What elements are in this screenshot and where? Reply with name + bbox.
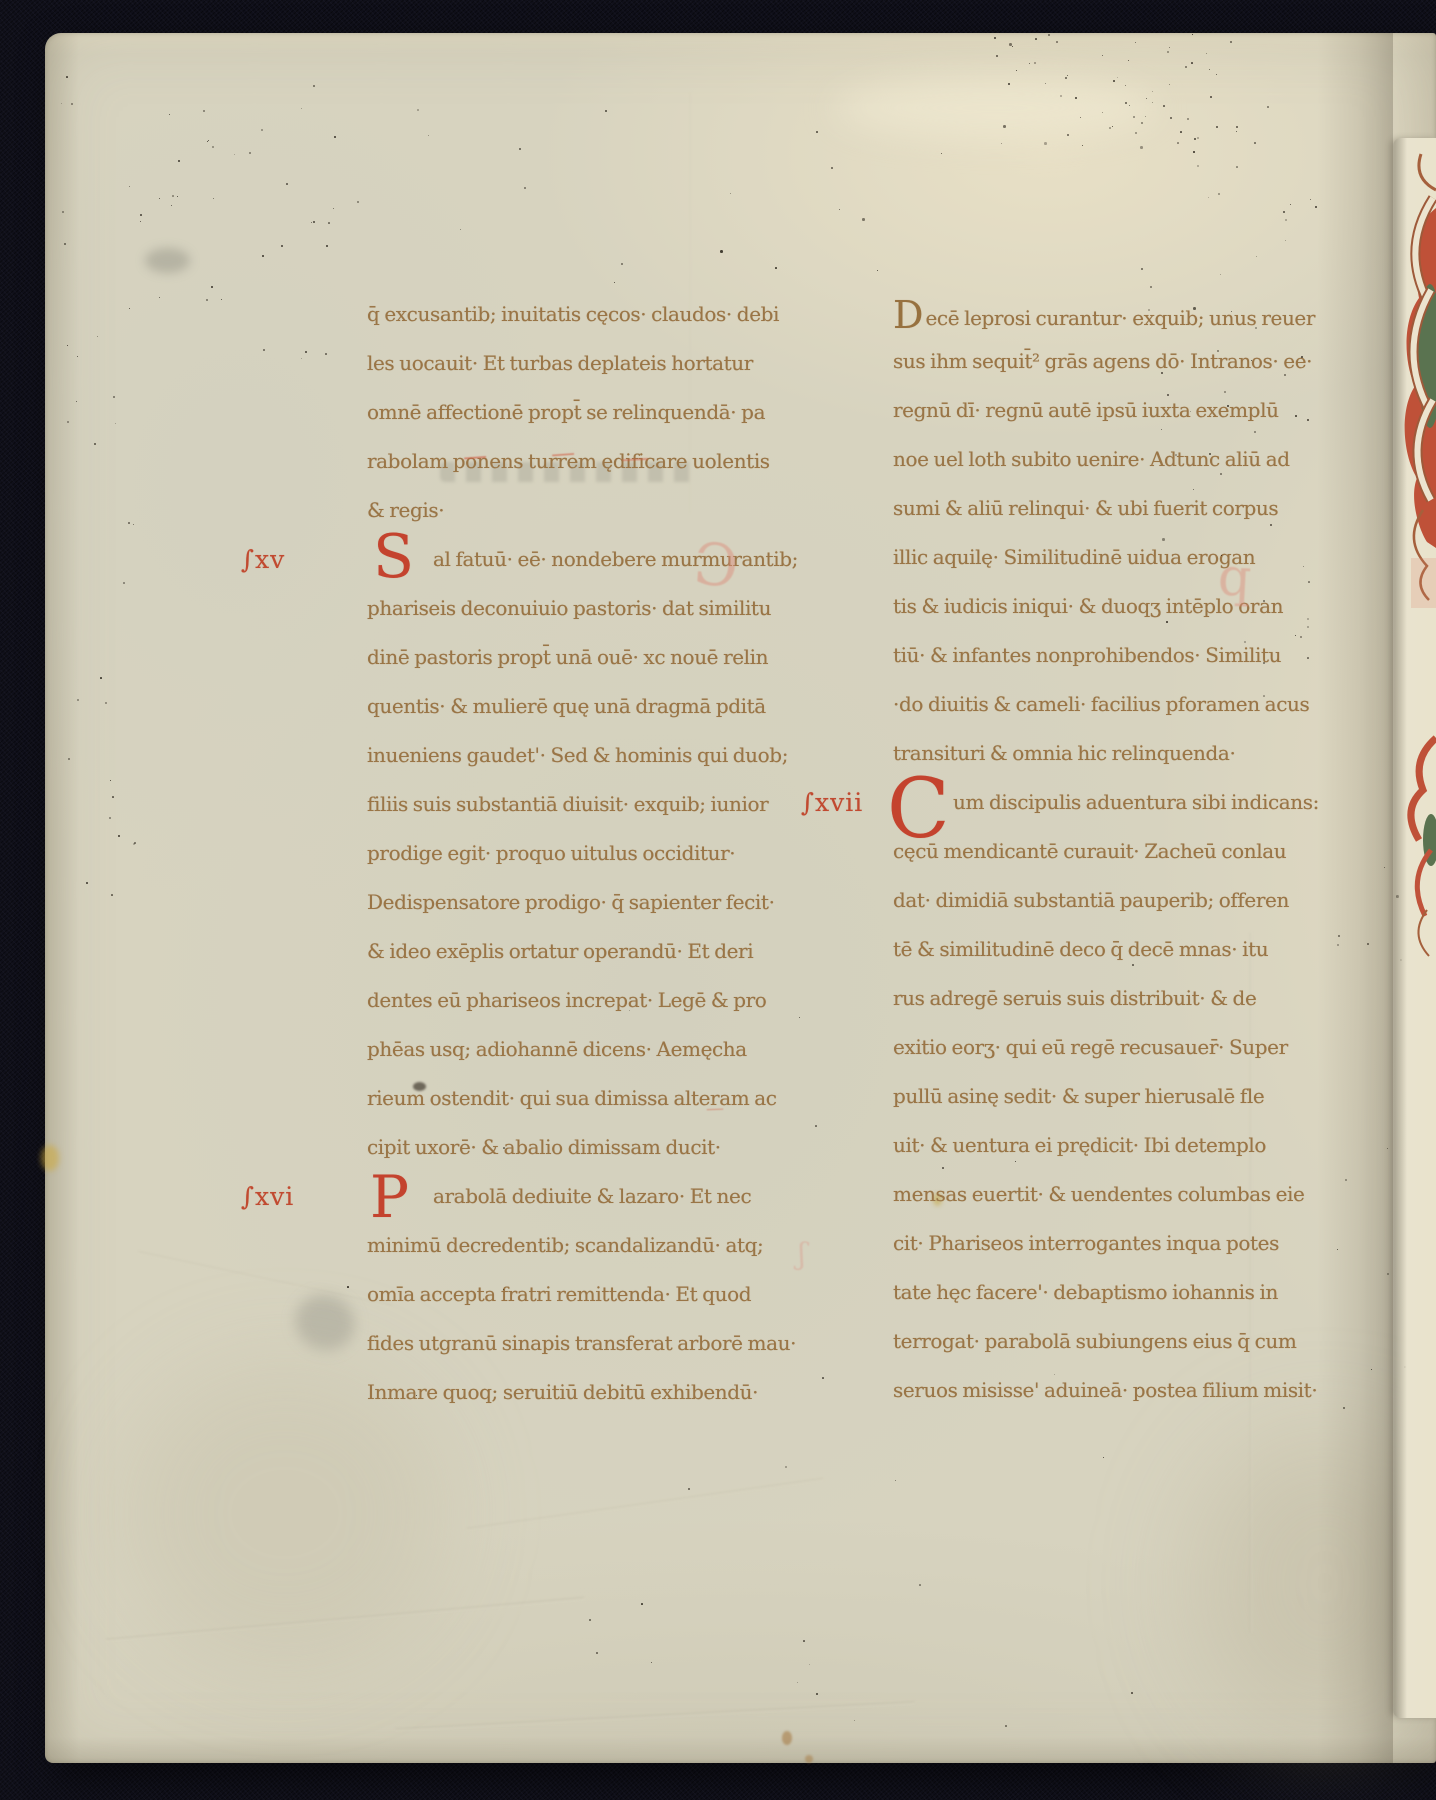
speck [105,702,107,704]
manuscript-line: regnū dī· regnū autē ipsū iuxta exemplū [893,386,1343,435]
speck [1135,132,1137,134]
speck [1209,453,1211,455]
speck [809,1664,810,1665]
line-text: noe uel loth subito uenire· Adtunc aliū … [893,447,1290,471]
speck [286,183,288,185]
speck [234,154,235,155]
speck [816,1693,818,1695]
speck [86,882,88,884]
speck [347,1286,349,1288]
chapter-numeral: ∫xvii [801,778,863,827]
rubric-dash-2: — [550,440,576,466]
crease [467,1478,824,1530]
speck [1193,307,1196,310]
speck [503,1147,505,1149]
speck [605,110,607,112]
speck [1254,142,1256,144]
speck [208,140,209,141]
rubric-initial: P [370,1168,409,1226]
speck [1210,96,1212,98]
rubric-dash-1: — [462,443,488,469]
show-through-q: q [1217,551,1253,605]
speck [1048,34,1050,36]
speck [325,353,327,355]
speck [1122,1249,1123,1250]
speck [129,308,130,309]
speck [1065,77,1067,79]
line-text: dat· dimidiā substantiā pauperib; offere… [893,888,1289,912]
speck [1170,117,1172,119]
speck [1135,42,1136,43]
text-column-left: q̄ excusantib; inuitatis cęcos· claudos·… [367,290,807,1417]
next-folio-edge [1393,138,1436,1718]
speck [206,299,208,301]
line-text: phariseis deconuiuio pastoris· dat simil… [367,596,771,620]
speck [333,208,334,209]
speck [177,196,178,197]
speck [1177,142,1179,144]
manuscript-line: ∫xviParabolā dediuite & lazaro· Et nec [367,1172,807,1221]
manuscript-line: phariseis deconuiuio pastoris· dat simil… [367,584,807,633]
speck [100,677,102,679]
speck [1256,256,1257,257]
speck [1082,145,1083,146]
speck [129,186,130,187]
ink-initial: D [893,293,923,337]
speck [326,245,328,247]
speck [115,423,116,424]
manuscript-line: minimū decredentib; scandalizandū· atq; [367,1221,807,1270]
speck [1197,165,1199,167]
speck [1067,134,1069,136]
speck [301,358,302,359]
line-text: minimū decredentib; scandalizandū· atq; [367,1233,763,1257]
speck [1128,60,1129,61]
manuscript-line: exitio eorʒ· qui eū regē recusauer̄· Sup… [893,1023,1343,1072]
line-text: tate hęc facere'· debaptismo iohannis in [893,1280,1278,1304]
speck [159,297,160,298]
manuscript-line: tē & similitudinē deco q̄ decē mnas· itu [893,925,1343,974]
speck [1146,98,1147,99]
speck [1221,555,1222,556]
line-text: & ideo exēplis ortatur operandū· Et deri [367,939,753,963]
speck [1367,943,1369,945]
speck [1005,1725,1007,1727]
speck [1263,695,1265,697]
speck [524,187,526,189]
speck [1131,1692,1133,1694]
speck [1113,80,1115,82]
manuscript-line: prodige egit· proquo uitulus occiditur· [367,829,807,878]
manuscript-line: rieum ostendit· qui sua dimissa alteram … [367,1074,807,1123]
speck [207,141,208,142]
speck [1180,131,1182,133]
speck [1102,55,1103,56]
speck [460,229,461,230]
speck [1236,131,1237,132]
speck [1254,431,1256,433]
speck [1206,53,1207,54]
speck [1112,126,1113,127]
speck [66,76,68,78]
speck [519,148,521,150]
line-text: filiis suis substantiā diuisit· exquib; … [367,792,768,816]
speck [76,401,77,402]
speck [1295,415,1297,417]
speck [803,1640,805,1642]
show-through-initial: C [692,533,740,594]
speck [110,780,111,781]
line-text: omīa accepta fratri remittenda· Et quod [367,1282,751,1306]
manuscript-line: inueniens gaudet'· Sed & hominis qui duo… [367,731,807,780]
speck [1187,118,1189,120]
speck [1236,166,1238,168]
speck [1191,62,1193,64]
speck [629,1010,630,1011]
speck [822,1377,824,1379]
speck [112,796,114,798]
line-text: ·do diuitis & cameli· facilius pforamen … [893,692,1309,716]
speck [815,1125,817,1127]
manuscript-line: sus ihm sequit̄² grās agens dō· Intranos… [893,337,1343,386]
speck [641,1603,643,1605]
speck [816,131,818,133]
speck [281,245,283,247]
speck [1029,63,1030,64]
speck [62,211,64,213]
speck [1236,126,1238,128]
manuscript-line: omīa accepta fratri remittenda· Et quod [367,1270,807,1319]
speck [178,160,180,162]
manuscript-line: Decē leprosi curantur· exquib; unus reue… [893,288,1343,337]
speck [263,349,265,351]
speck [994,37,996,39]
speck [785,1466,787,1468]
speck [1035,38,1037,40]
speck [503,1289,504,1290]
speck [1310,199,1311,200]
manuscript-line: noe uel loth subito uenire· Adtunc aliū … [893,435,1343,484]
speck [97,336,98,337]
speck [1283,211,1285,213]
speck [1152,102,1153,103]
speck [775,267,777,269]
manuscript-line: Inmare quoq; seruitiū debitū exhibendū· [367,1368,807,1417]
line-text: dentes eū phariseos increpat· Legē & pro [367,988,766,1012]
speck [71,103,73,105]
decorated-initial-fragment [1393,138,1436,1718]
speck [133,524,134,525]
rust-fleck [805,1755,813,1763]
text-column-right: Decē leprosi curantur· exquib; unus reue… [893,288,1343,1415]
speck [1056,41,1058,43]
speck [621,263,623,265]
speck [1162,538,1165,541]
speck [854,1720,855,1721]
line-text: cipit uxorē· & abalio dimissam ducit· [367,1135,721,1159]
speck [589,1619,591,1621]
speck [651,1662,652,1663]
speck [211,286,213,288]
line-text: sus ihm sequit̄² grās agens dō· Intranos… [893,349,1312,373]
speck [67,345,68,346]
line-text: arabolā dediuite & lazaro· Et nec [367,1184,751,1208]
chapter-numeral: ∫xvi [241,1172,294,1221]
speck [839,209,840,210]
speck [877,270,878,271]
speck [1152,91,1153,92]
speck [720,250,723,253]
line-text: prodige egit· proquo uitulus occiditur· [367,841,735,865]
speck [159,198,160,199]
speck [1175,454,1177,456]
manuscript-line: rus adregē seruis suis distribuit· & de [893,974,1343,1023]
manuscript-line: les uocauit· Et turbas deplateis hortatu… [367,339,807,388]
speck [172,195,174,197]
line-text: illic aquilę· Similitudinē uidua erogan [893,545,1255,569]
manuscript-line: tiū· & infantes nonprohibendos· Similitu [893,631,1343,680]
speck [1012,46,1013,47]
speck [1290,204,1291,205]
speck [1001,143,1002,144]
speck [1216,74,1217,75]
manuscript-photograph: q̄ excusantib; inuitatis cęcos· claudos·… [0,0,1436,1800]
line-text: terrogat· parabolā subiungens eius q̄ cu… [893,1329,1296,1353]
speck [123,582,125,584]
grey-smudge [145,248,190,273]
speck [77,356,78,357]
speck [1075,97,1077,99]
speck [417,109,419,111]
speck [797,1682,798,1683]
speck [996,55,998,57]
speck [128,522,130,524]
speck [1117,77,1118,78]
speck [1255,327,1257,329]
line-text: exitio eorʒ· qui eū regē recusauer̄· Sup… [893,1035,1288,1059]
speck [203,110,205,112]
speck [1166,621,1168,623]
manuscript-line: sumi & aliū relinqui· & ubi fuerit corpu… [893,484,1343,533]
speck [1197,137,1199,139]
manuscript-line: dinē pastoris propt̄ unā ouē· xc nouē re… [367,633,807,682]
speck [140,221,141,222]
speck [311,222,312,223]
manuscript-line: mensas euertit· & uendentes columbas eie [893,1170,1343,1219]
speck [1307,626,1309,628]
speck [171,205,172,206]
speck [831,167,833,169]
speck [1008,83,1010,85]
speck [596,1652,598,1654]
speck [614,282,615,283]
manuscript-line: & regis· [367,486,807,535]
manuscript-line: ∫xviiCum discipulis aduentura sibi indic… [893,778,1343,827]
speck [313,85,315,87]
line-text: & regis· [367,498,444,522]
manuscript-line: tate hęc facere'· debaptismo iohannis in [893,1268,1343,1317]
rubric-initial: S [373,527,414,587]
speck [1167,51,1169,53]
manuscript-line: uit· & uentura ei prędicit· Ibi detemplo [893,1121,1343,1170]
manuscript-line: terrogat· parabolā subiungens eius q̄ cu… [893,1317,1343,1366]
line-text: cit· Phariseos interrogantes inqua potes [893,1231,1279,1255]
manuscript-line: fides utgranū sinapis transferat arborē … [367,1319,807,1368]
line-text: sumi & aliū relinqui· & ubi fuerit corpu… [893,496,1278,520]
manuscript-line: transituri & omnia hic relinquenda· [893,729,1343,778]
speck [1216,126,1218,128]
speck [862,218,865,221]
speck [1044,142,1047,145]
line-text: Inmare quoq; seruitiū debitū exhibendū· [367,1380,758,1404]
speck [428,135,429,136]
speck [1230,41,1232,43]
line-text: les uocauit· Et turbas deplateis hortatu… [367,351,753,375]
speck [1169,47,1170,48]
line-text: omnē affectionē propt̄ se relinquendā· p… [367,400,765,424]
speck [1003,125,1006,128]
speck [261,129,263,131]
speck [61,103,62,104]
rust-fleck [782,1731,792,1745]
manuscript-line: omnē affectionē propt̄ se relinquendā· p… [367,388,807,437]
speck [169,114,170,115]
speck [1169,84,1170,85]
speck [1132,964,1134,966]
speck [1193,151,1195,153]
speck [1141,268,1143,270]
speck [1125,85,1126,86]
manuscript-line: phēas usq; adiohannē dicens· Aemęcha [367,1025,807,1074]
manuscript-line: ·do diuitis & cameli· facilius pforamen … [893,680,1343,729]
speck [1244,641,1246,643]
speck [313,221,315,223]
speck [64,243,66,245]
speck [213,198,214,199]
line-text: um discipulis aduentura sibi indicans: [893,790,1319,814]
speck [249,152,251,154]
speck [1307,657,1309,659]
manuscript-line: illic aquilę· Similitudinē uidua erogan [893,533,1343,582]
crease [395,1701,914,1730]
speck [799,1017,800,1018]
line-text: seruos misisse' aduineā· postea filium m… [893,1378,1317,1402]
line-text: uit· & uentura ei prędicit· Ibi detemplo [893,1133,1266,1157]
surface-sheen [835,78,1155,138]
manuscript-line: Dedispensatore prodigo· q̄ sapienter fec… [367,878,807,927]
speck [262,255,264,257]
speck [357,201,359,203]
speck [1220,473,1222,475]
line-text: inueniens gaudet'· Sed & hominis qui duo… [367,743,788,767]
speck [334,136,336,138]
manuscript-line: ∫xvSal fatuū· eē· nondebere murmurantib; [367,535,807,584]
manuscript-line: rabolam ponens turrem ędificare uolentis [367,437,807,486]
speck [1067,75,1068,76]
speck [1267,106,1269,108]
manuscript-line: seruos misisse' aduineā· postea filium m… [893,1366,1343,1415]
line-text: regnū dī· regnū autē ipsū iuxta exemplū [893,398,1279,422]
speck [67,421,69,423]
line-text: dinē pastoris propt̄ unā ouē· xc nouē re… [367,645,768,669]
manuscript-line: tis & iudicis iniqui· & duoqʒ intēplo or… [893,582,1343,631]
speck [77,699,79,701]
speck [895,1480,896,1481]
speck [1103,1457,1104,1458]
speck [1285,219,1287,221]
speck [1141,122,1143,124]
speck [328,222,330,224]
speck [730,193,731,194]
manuscript-line: cęcū mendicantē curauit· Zacheū conlau [893,827,1343,876]
speck [111,894,113,896]
speck [1208,197,1209,198]
line-text: quentis· & mulierē quę unā dragmā pditā [367,694,766,718]
speck [94,443,96,445]
rubric-dash-4: — [706,1100,725,1119]
speck [68,758,70,760]
speck [118,835,120,837]
line-text: q̄ excusantib; inuitatis cęcos· claudos·… [367,302,779,326]
speck [1218,193,1220,195]
line-text: rus adregē seruis suis distribuit· & de [893,986,1256,1010]
speck [1192,34,1193,35]
speck [1140,146,1143,149]
speck [113,396,115,398]
yellow-spot [41,1145,59,1171]
manuscript-line: cit· Phariseos interrogantes inqua potes [893,1219,1343,1268]
manuscript-line: filiis suis substantiā diuisit· exquib; … [367,780,807,829]
manuscript-line: quentis· & mulierē quę unā dragmā pditā [367,682,807,731]
rubric-dash-3: — [620,443,649,472]
speck [1194,138,1196,140]
speck [1263,600,1265,602]
speck [221,299,222,300]
line-text: cęcū mendicantē curauit· Zacheū conlau [893,839,1286,863]
line-text: fides utgranū sinapis transferat arborē … [367,1331,796,1355]
speck [1220,274,1221,275]
manuscript-line: & ideo exēplis ortatur operandū· Et deri [367,927,807,976]
line-text: pullū asinę sedit· & super hierusalē fle [893,1084,1264,1108]
line-text: phēas usq; adiohannē dicens· Aemęcha [367,1037,747,1061]
speck [1009,43,1012,46]
speck [133,843,135,845]
speck [1109,127,1111,129]
line-text: tiū· & infantes nonprohibendos· Similitu [893,643,1281,667]
speck [688,1488,690,1490]
manuscript-line: dat· dimidiā substantiā pauperib; offere… [893,876,1343,925]
speck [305,351,307,353]
speck [942,1167,944,1169]
speck [1034,62,1036,64]
speck [1060,95,1062,97]
speck [1016,70,1017,71]
line-text: mensas euertit· & uendentes columbas eie [893,1182,1304,1206]
speck [1308,581,1310,583]
speck [1209,69,1210,70]
speck [301,108,302,109]
speck [1285,240,1286,241]
manuscript-line: q̄ excusantib; inuitatis cęcos· claudos·… [367,290,807,339]
speck [919,1584,921,1586]
chapter-numeral: ∫xv [241,535,285,584]
speck [140,214,142,216]
parchment-page: q̄ excusantib; inuitatis cęcos· claudos·… [45,33,1436,1763]
manuscript-line: pullū asinę sedit· & super hierusalē fle [893,1072,1343,1121]
speck [1185,66,1187,68]
crease [138,1251,393,1307]
speck [941,153,942,154]
